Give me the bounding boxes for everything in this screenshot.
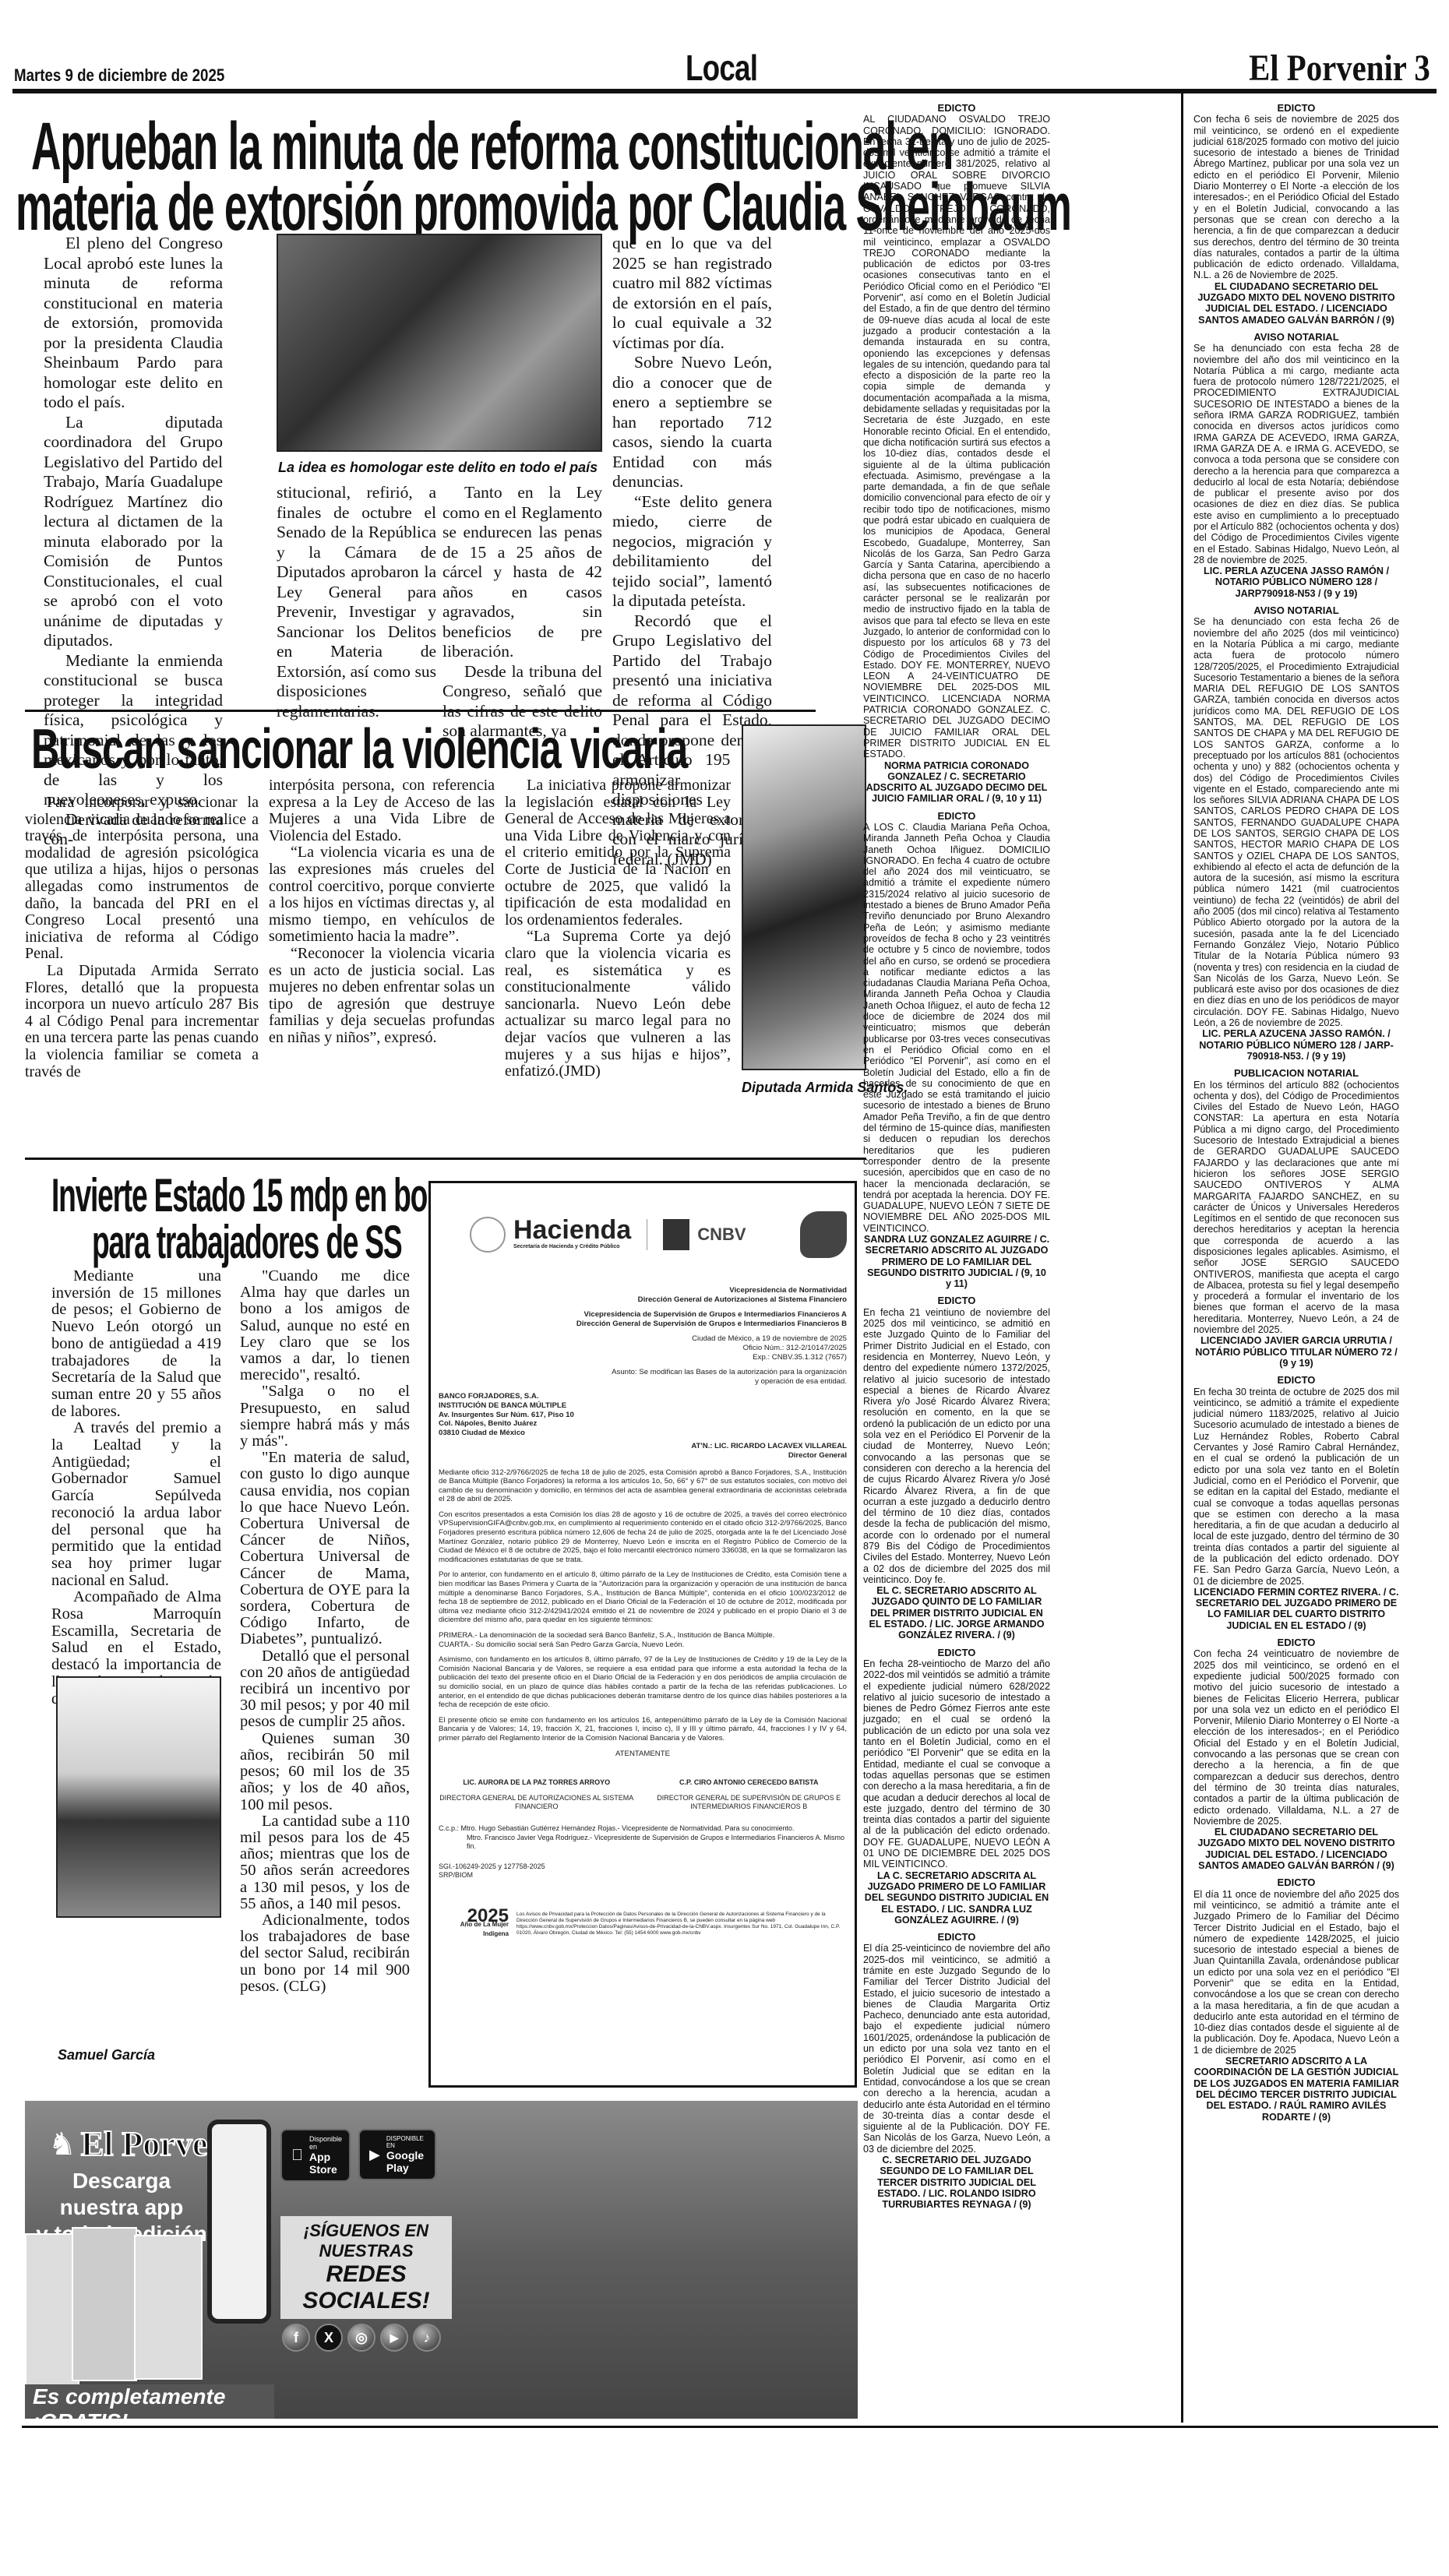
hacienda-logo: Hacienda	[513, 1218, 631, 1242]
notice-paragraph: CUARTA.- Su domicilio social será San Pe…	[439, 1640, 847, 1650]
headline-vicaria: Buscan sancionar la violencia vicaria	[31, 723, 687, 776]
social-icons-row: f X ◎ ▶ ♪	[282, 2324, 441, 2352]
cnbv-logo: CNBV	[697, 1230, 746, 1239]
legal-notice: EDICTO El día 11 once de noviembre del a…	[1193, 1877, 1399, 2123]
signer-title: DIRECTORA GENERAL DE AUTORIZACIONES AL S…	[439, 1794, 635, 1812]
notice-title: EDICTO	[1193, 1637, 1399, 1648]
notice-paragraph: Mediante oficio 312-2/9766/2025 de fecha…	[439, 1468, 847, 1504]
instagram-icon[interactable]: ◎	[347, 2324, 375, 2352]
ref-line: SGI.-106249-2025 y 127758-2025	[439, 1862, 847, 1872]
notice-title: EDICTO	[863, 1295, 1050, 1306]
store-name: Google Play	[386, 2149, 425, 2174]
tiktok-icon[interactable]: ♪	[413, 2324, 441, 2352]
tagline-line: Descarga nuestra app	[36, 2168, 207, 2221]
signer-name: C.P. CIRO ANTONIO CERECEDO BATISTA	[650, 1778, 847, 1788]
notice-signature: SANDRA LUZ GONZALEZ AGUIRRE / C. SECRETA…	[863, 1234, 1050, 1289]
social-callout-line: ¡SÍGUENOS EN NUESTRAS	[280, 2221, 452, 2261]
year-badge: 2025 Año de La Mujer Indígena	[439, 1912, 509, 1939]
notice-refs: SGI.-106249-2025 y 127758-2025 SRP/BIOM	[439, 1862, 847, 1880]
legal-notice: EDICTO A LOS C. Claudia Mariana Peña Och…	[863, 811, 1050, 1290]
paragraph: La iniciativa propone armonizar la legis…	[505, 777, 731, 929]
hacienda-subtitle: Secretaría de Hacienda y Crédito Público	[513, 1242, 631, 1252]
notice-body: Mediante oficio 312-2/9766/2025 de fecha…	[439, 1468, 847, 1743]
paragraph: Tanto en la Ley como en el Reglamento se…	[442, 483, 602, 662]
signer-name: LIC. AURORA DE LA PAZ TORRES ARROYO	[439, 1778, 635, 1788]
article-bono-col1: Mediante una inversión de 15 millones de…	[51, 1268, 221, 1707]
article-vicaria-col2: interpósita persona, con referencia expr…	[269, 777, 495, 1047]
notice-body: Con fecha 24 veinticuatro de noviembre d…	[1193, 1648, 1399, 1827]
notice-body: En fecha 30 treinta de octubre de 2025 d…	[1193, 1387, 1399, 1587]
governor-photo	[56, 1676, 221, 1918]
horse-logo-icon: ♞	[48, 2126, 76, 2162]
column-divider	[1181, 93, 1183, 2423]
paragraph: “La Suprema Corte ya dejó claro que la v…	[505, 929, 731, 1080]
article-extorsion-col2: stitucional, refirió, a finales de octub…	[277, 483, 436, 721]
x-icon[interactable]: X	[315, 2324, 343, 2352]
article-bono-col2: "Cuando me dice Alma hay que darles un b…	[240, 1268, 410, 1995]
free-callout: Es completamente ¡GRATIS!	[25, 2384, 274, 2419]
paragraph: “Este delito genera miedo, cierre de neg…	[612, 492, 772, 611]
section-title: Local	[686, 47, 757, 89]
addressee-line: Av. Insurgentes Sur Núm. 617, Piso 10	[439, 1411, 847, 1420]
notice-exp-number: Exp.: CNBV.35.1.312 (7657)	[439, 1353, 847, 1362]
social-callout: ¡SÍGUENOS EN NUESTRAS REDES SOCIALES!	[280, 2216, 452, 2319]
signer-title: DIRECTOR GENERAL DE SUPERVISIÓN DE GRUPO…	[650, 1794, 847, 1812]
google-play-button[interactable]: ▶ DISPONIBLE EN Google Play	[358, 2129, 436, 2180]
article-extorsion-col3: Tanto en la Ley como en el Reglamento se…	[442, 483, 602, 742]
photo-caption-bono: Samuel García	[58, 2047, 155, 2063]
paragraph: “Reconocer la violencia vicaria es un ac…	[269, 946, 495, 1047]
legal-notice: PUBLICACION NOTARIAL En los términos del…	[1193, 1068, 1399, 1369]
notice-body: El día 11 once de noviembre del año 2025…	[1193, 1889, 1399, 2056]
addressee-line: BANCO FORJADORES, S.A.	[439, 1392, 847, 1401]
cnbv-building-icon	[663, 1219, 689, 1250]
paragraph: La Diputada Armida Serrato Flores, detal…	[25, 963, 259, 1080]
paragraph: El pleno del Congreso Local aprobó este …	[44, 234, 223, 413]
paragraph: Para incorporar y sancionar la violencia…	[25, 795, 259, 963]
headline-bono-line2: para trabajadores de SS	[92, 1220, 401, 1264]
photo-caption-extorsion: La idea es homologar este delito en todo…	[278, 460, 598, 476]
legal-notice: EDICTO Con fecha 24 veinticuatro de novi…	[1193, 1637, 1399, 1871]
notice-signature: NORMA PATRICIA CORONADO GONZALEZ / C. SE…	[863, 760, 1050, 805]
notice-title: EDICTO	[863, 103, 1050, 114]
addressee-line: INSTITUCIÓN DE BANCA MÚLTIPLE	[439, 1401, 847, 1411]
paragraph: La cantidad sube a 110 mil pesos para lo…	[240, 1813, 410, 1912]
article-vicaria-col3: La iniciativa propone armonizar la legis…	[505, 777, 731, 1080]
notice-attention-title: Director General	[439, 1451, 847, 1461]
paragraph: Detalló que el personal con 20 años de a…	[240, 1648, 410, 1731]
notice-title: EDICTO	[863, 1647, 1050, 1658]
paragraph: que en lo que va del 2025 se han registr…	[612, 234, 772, 353]
notice-signature: LA C. SECRETARIO ADSCRITA AL JUZGADO PRI…	[863, 1870, 1050, 1926]
app-store-button[interactable]:  Disponible en App Store	[280, 2129, 351, 2182]
congress-photo	[277, 234, 602, 452]
year-number: 2025	[439, 1912, 509, 1921]
phone-mockup	[207, 2120, 271, 2324]
masthead-rule	[12, 89, 1437, 93]
paragraph: "Cuando me dice Alma hay que darles un b…	[240, 1268, 410, 1383]
youtube-icon[interactable]: ▶	[380, 2324, 408, 2352]
app-promo-banner[interactable]: ♞ El Porvenir Descarga nuestra app y tod…	[25, 2101, 858, 2419]
notice-signature: EL CIUDADANO SECRETARIO DEL JUZGADO MIXT…	[1193, 1827, 1399, 1871]
play-triangle-icon: ▶	[369, 2147, 380, 2163]
notice-signature: LIC. PERLA AZUCENA JASSO RAMÓN. / NOTARI…	[1193, 1028, 1399, 1062]
paragraph: Quienes suman 30 años, recibirán 50 mil …	[240, 1731, 410, 1813]
notice-attention: AT'N.: LIC. RICARDO LACAVEX VILLAREAL	[439, 1442, 847, 1451]
notice-body: Se ha denunciado con esta fecha 28 de no…	[1193, 343, 1399, 566]
notice-signatures: LIC. AURORA DE LA PAZ TORRES ARROYO DIRE…	[439, 1778, 847, 1812]
paragraph: Sobre Nuevo León, dio a conocer que de e…	[612, 353, 772, 492]
paragraph: stitucional, refirió, a finales de octub…	[277, 483, 436, 721]
notice-body: A LOS C. Claudia Mariana Peña Ochoa, Mir…	[863, 822, 1050, 1234]
notice-paragraph: PRIMERA.- La denominación de la sociedad…	[439, 1631, 847, 1640]
notice-header-line: Dirección General de Supervisión de Grup…	[439, 1320, 847, 1329]
notice-oficio-number: Oficio Núm.: 312-2/10147/2025	[439, 1344, 847, 1353]
mexican-coat-of-arms-icon	[470, 1217, 506, 1253]
legal-notice: EDICTO En fecha 21 veintiuno de noviembr…	[863, 1295, 1050, 1640]
paragraph: A través del premio a la Lealtad y la An…	[51, 1420, 221, 1589]
legal-notice: EDICTO El día 25-veinticinco de noviembr…	[863, 1932, 1050, 2210]
notice-body: En fecha 28-veintiocho de Marzo del año …	[863, 1658, 1050, 1870]
notice-subject: Asunto: Se modifican las Bases de la aut…	[610, 1368, 847, 1386]
notice-paragraph: El presente oficio se emite con fundamen…	[439, 1716, 847, 1743]
notice-footer: 2025 Año de La Mujer Indígena Los Avisos…	[439, 1912, 847, 1939]
notice-title: EDICTO	[1193, 1375, 1399, 1386]
newspaper-thumbnail	[72, 2227, 137, 2381]
notice-title: EDICTO	[1193, 103, 1399, 114]
year-label: Año de La Mujer Indígena	[439, 1920, 509, 1938]
notice-ccp: C.c.p.: Mtro. Hugo Sebastián Gutiérrez H…	[439, 1824, 847, 1852]
article-vicaria-col1-text: Para incorporar y sancionar la violencia…	[25, 795, 259, 1080]
cnbv-official-notice: Hacienda Secretaría de Hacienda y Crédit…	[428, 1181, 857, 2088]
privacy-notice: Los Avisos de Privacidad para la Protecc…	[516, 1912, 847, 1936]
facebook-icon[interactable]: f	[282, 2324, 310, 2352]
notice-header-line: Vicepresidencia de Supervisión de Grupos…	[439, 1310, 847, 1320]
legal-notice: EDICTO Con fecha 6 seis de noviembre de …	[1193, 103, 1399, 326]
notice-closing: ATENTAMENTE	[439, 1750, 847, 1759]
notice-addressee: BANCO FORJADORES, S.A. INSTITUCIÓN DE BA…	[439, 1392, 847, 1437]
notice-signature: EL CIUDADANO SECRETARIO DEL JUZGADO MIXT…	[1193, 281, 1399, 326]
notice-body: En fecha 21 veintiuno de noviembre del 2…	[863, 1307, 1050, 1585]
notice-title: EDICTO	[863, 811, 1050, 822]
notice-paragraph: Asimismo, con fundamento en los artículo…	[439, 1655, 847, 1710]
deputy-photo	[742, 724, 866, 1070]
legal-notice: EDICTO En fecha 28-veintiocho de Marzo d…	[863, 1647, 1050, 1926]
notice-signature: EL C. SECRETARIO ADSCRITO AL JUZGADO QUI…	[863, 1585, 1050, 1640]
notice-body: En los términos del artículo 882 (ochoci…	[1193, 1080, 1399, 1336]
notice-header-line: Dirección General de Autorizaciones al S…	[439, 1295, 847, 1305]
page-date: Martes 9 de diciembre de 2025	[14, 65, 224, 86]
notice-title: AVISO NOTARIAL	[1193, 605, 1399, 616]
paragraph: "Salga o no el Presupuesto, en salud sie…	[240, 1383, 410, 1450]
newspaper-thumbnail	[134, 2235, 203, 2380]
legal-notice: AVISO NOTARIAL Se ha denunciado con esta…	[1193, 332, 1399, 599]
notice-logos: Hacienda Secretaría de Hacienda y Crédit…	[470, 1211, 847, 1258]
paragraph: La diputada coordinadora del Grupo Legis…	[44, 413, 223, 651]
addressee-line: Col. Nápoles, Benito Juárez	[439, 1419, 847, 1429]
store-name: App Store	[309, 2151, 342, 2176]
notice-title: AVISO NOTARIAL	[1193, 332, 1399, 343]
legal-notices-col1: EDICTO AL CIUDADANO OSVALDO TREJO CORONA…	[863, 97, 1050, 2211]
notice-title: EDICTO	[1193, 1877, 1399, 1888]
notice-body: Se ha denunciado con esta fecha 26 de no…	[1193, 616, 1399, 1028]
footer-rule	[22, 2426, 1438, 2428]
notice-signature: C. SECRETARIO DEL JUZGADO SEGUNDO DE LO …	[863, 2155, 1050, 2210]
ccp-line: Mtro. Francisco Javier Vega Rodríguez.- …	[439, 1834, 847, 1852]
notice-body: Con fecha 6 seis de noviembre de 2025 do…	[1193, 114, 1399, 280]
notice-header-line: Vicepresidencia de Normatividad	[439, 1286, 847, 1295]
ccp-line: C.c.p.: Mtro. Hugo Sebastián Gutiérrez H…	[439, 1824, 847, 1834]
notice-signature: LIC. PERLA AZUCENA JASSO RAMÓN / NOTARIO…	[1193, 566, 1399, 599]
addressee-line: 03810 Ciudad de México	[439, 1429, 847, 1438]
notice-paragraph: Por lo anterior, con fundamento en el ar…	[439, 1570, 847, 1625]
section-divider	[25, 710, 816, 712]
paragraph: Mediante una inversión de 15 millones de…	[51, 1268, 221, 1420]
notice-signature: LICENCIADO JAVIER GARCIA URRUTIA / NOTÁR…	[1193, 1335, 1399, 1369]
section-divider	[25, 1158, 866, 1160]
ref-line: SRP/BIOM	[439, 1871, 847, 1880]
notice-title: PUBLICACION NOTARIAL	[1193, 1068, 1399, 1079]
newspaper-brand-page: El Porvenir 3	[1249, 47, 1430, 90]
notice-body: El día 25-veinticinco de noviembre del a…	[863, 1943, 1050, 2155]
notice-body: AL CIUDADANO OSVALDO TREJO CORONADO. DOM…	[863, 114, 1050, 759]
notice-title: EDICTO	[863, 1932, 1050, 1943]
paragraph: “La violencia vicaria es una de las expr…	[269, 844, 495, 946]
notice-signature: SECRETARIO ADSCRITO A LA COORDINACIÓN DE…	[1193, 2056, 1399, 2123]
store-caption: Disponible en	[309, 2135, 342, 2151]
paragraph: interpósita persona, con referencia expr…	[269, 777, 495, 844]
notice-date: Ciudad de México, a 19 de noviembre de 2…	[439, 1334, 847, 1344]
social-callout-line: REDES SOCIALES!	[280, 2261, 452, 2314]
apple-icon: 	[291, 2147, 303, 2165]
paragraph: "En materia de salud, con gusto lo digo …	[240, 1450, 410, 1647]
paragraph: Adicionalmente, todos los trabajadores d…	[240, 1912, 410, 1995]
logo-divider	[647, 1219, 647, 1250]
legal-notice: EDICTO En fecha 30 treinta de octubre de…	[1193, 1375, 1399, 1631]
notice-paragraph: Con escritos presentados a esta Comisión…	[439, 1510, 847, 1565]
legal-notice: EDICTO AL CIUDADANO OSVALDO TREJO CORONA…	[863, 103, 1050, 805]
headline-bono-line1: Invierte Estado 15 mdp en bono	[51, 1173, 460, 1218]
legal-notices-col2: EDICTO Con fecha 6 seis de noviembre de …	[1193, 97, 1399, 2123]
store-caption: DISPONIBLE EN	[386, 2135, 425, 2149]
legal-notice: AVISO NOTARIAL Se ha denunciado con esta…	[1193, 605, 1399, 1062]
notice-signature: LICENCIADO FERMIN CORTEZ RIVERA. / C. SE…	[1193, 1587, 1399, 1631]
flag-figure-icon	[800, 1211, 847, 1258]
